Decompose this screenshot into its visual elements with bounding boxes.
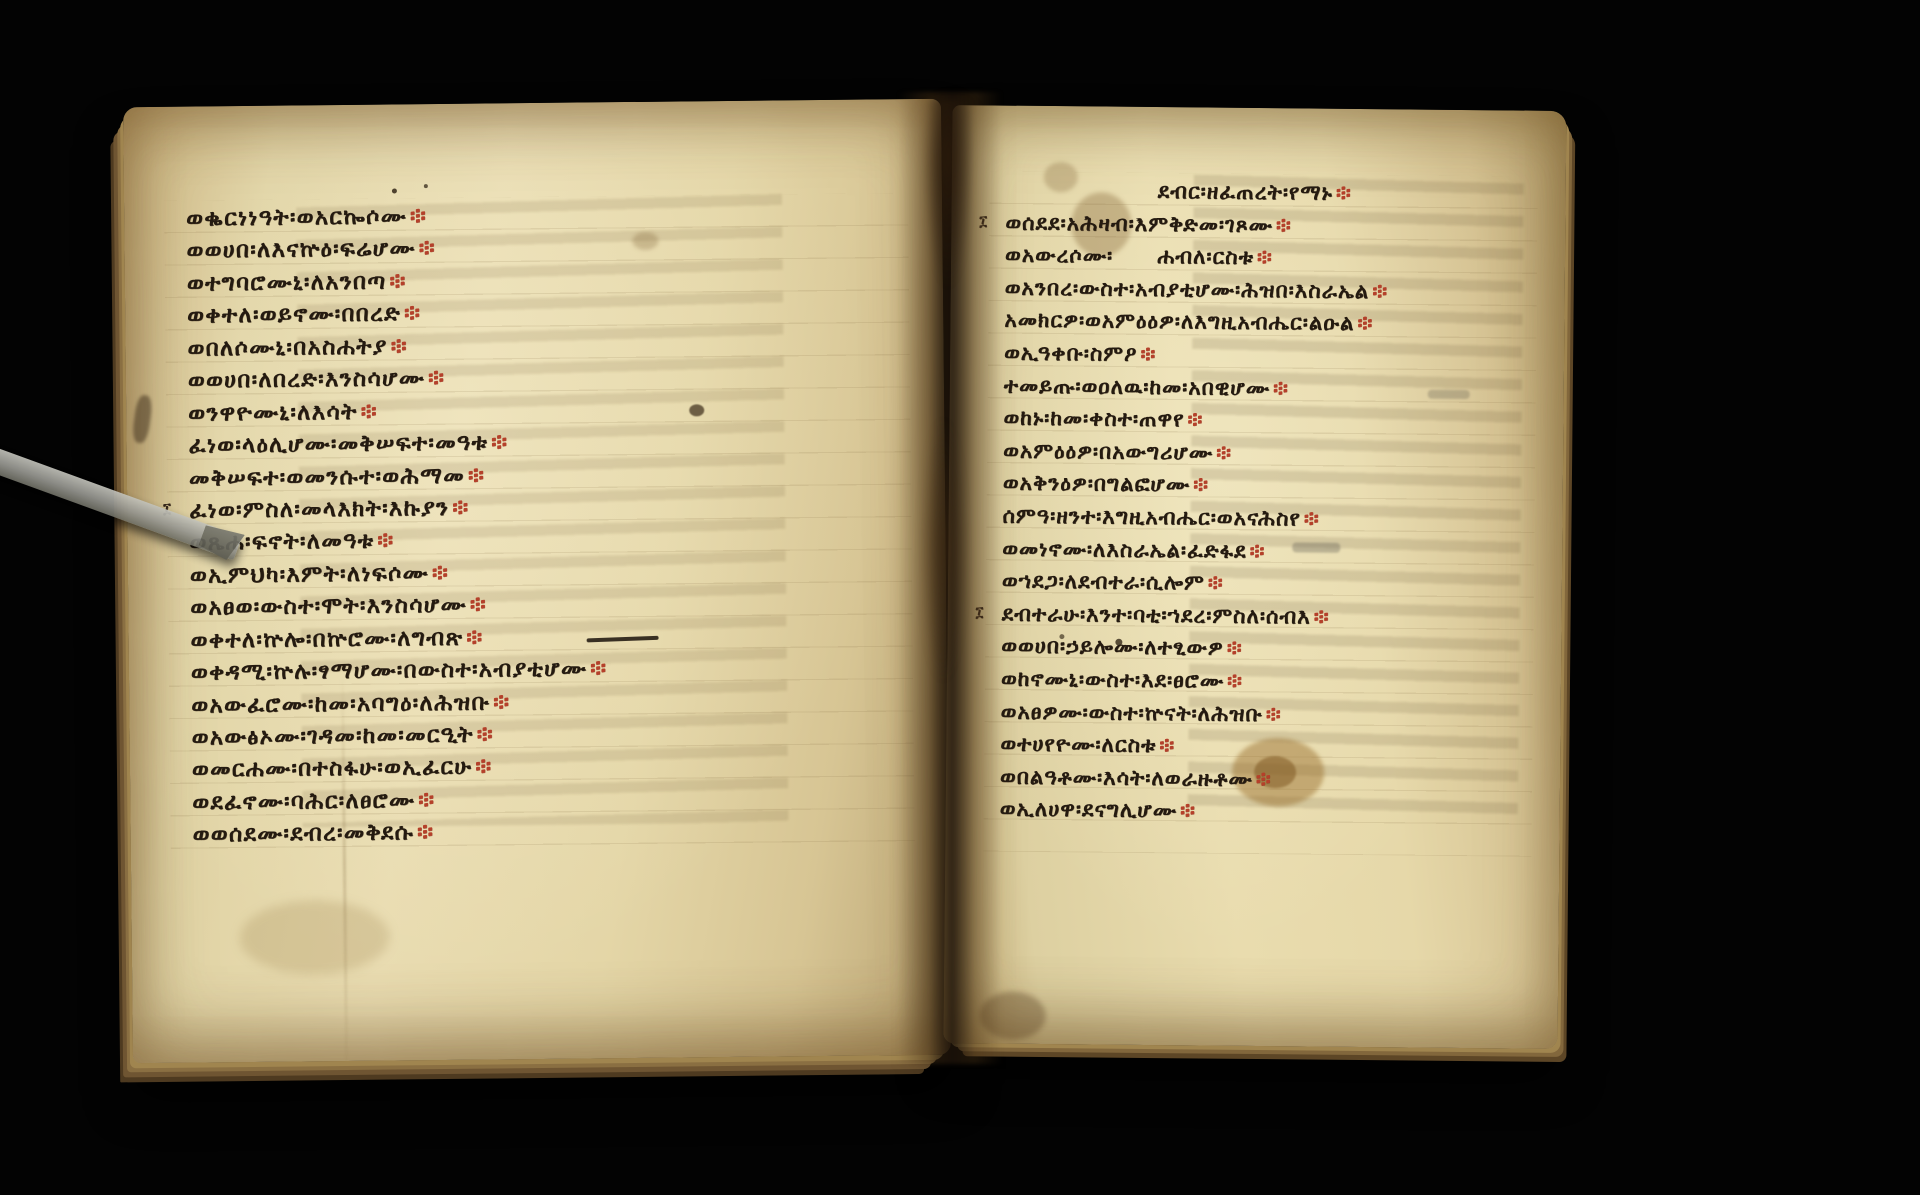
stain (239, 900, 390, 976)
geez-line-text: ወአውረሶሙ፡ ሐብለ፡ርስቱ (1005, 243, 1254, 269)
geez-line-text: ወሰደደ፡አሕዛብ፡እምቅድመ፡ገጾሙ (1005, 210, 1273, 237)
left-page: ወቈርነነዓት፡ወአርኰሶሙ፨ወወሀበ፡ለእናኵዕ፡ፍሬሆሙ፨ወተግባሮሙኒ፡ለ… (123, 99, 951, 1064)
section-mark-punctuation: ፨ (452, 495, 469, 521)
section-mark-punctuation: ፨ (1187, 408, 1203, 432)
geez-line-text: ወወሀበ፡ኃይሎሙ፡ለተፂውዎ (1001, 634, 1224, 660)
geez-line-text: ወንዋዮሙኒ፡ለእሳት (188, 398, 358, 426)
speck (392, 188, 397, 193)
text-line: ወአንበረ፡ውስተ፡አብያቲሆሙ፡ሕዝበ፡እስራኤል፨ (1005, 275, 1553, 313)
geez-line-text: ወተሀየዮሙ፡ለርስቱ (1000, 732, 1156, 757)
section-mark-punctuation: ፨ (428, 365, 445, 391)
text-line: ወኀደጋ፡ለደብተራ፡ሲሎም፨ (1002, 569, 1550, 607)
text-line: ወመነኖሙ፡ለእስራኤል፡ፈድፋደ፨ (1002, 536, 1550, 574)
text-line: ወአውረሶሙ፡ ሐብለ፡ርስቱ፨ (1005, 243, 1553, 281)
section-mark-punctuation: ፨ (475, 754, 492, 780)
geez-line-text: ወኢምህካ፡እምት፡ለነፍሶሙ (190, 560, 429, 589)
section-mark-punctuation: ፨ (418, 787, 435, 813)
gutter-shadow (920, 420, 966, 680)
geez-line-text: ወመነኖሙ፡ለእስራኤል፡ፈድፋደ (1002, 536, 1247, 562)
text-line: ፲ደብተራሁ፡እንተ፡ባቲ፡ኀደረ፡ምስለ፡ሰብእ፨ (1001, 601, 1549, 639)
text-line: ወአፀዎሙ፡ውስተ፡ኵናት፡ለሕዝቡ፨ (1001, 699, 1549, 737)
geez-line-text: አመክርዎ፡ወአምዕዕዎ፡ለእግዚአብሔር፡ልዑል (1004, 308, 1354, 335)
section-mark-punctuation: ፨ (1266, 702, 1282, 726)
geez-line-text: ወቀተለ፡ኵሎ፡በኵሮሙ፡ለግብጽ (190, 624, 463, 653)
section-mark-punctuation: ፨ (491, 429, 508, 455)
text-line: ፲ወሰደደ፡አሕዛብ፡እምቅድመ፡ገጾሙ፨ (1005, 210, 1553, 248)
text-line: ወአቅንዕዎ፡በግልፎሆሙ፨ (1003, 471, 1551, 509)
photo-stage: ወቈርነነዓት፡ወአርኰሶሙ፨ወወሀበ፡ለእናኵዕ፡ፍሬሆሙ፨ወተግባሮሙኒ፡ለ… (0, 0, 1920, 1195)
section-mark-punctuation: ፨ (419, 235, 436, 261)
geez-line-text: ወአፀዎሙ፡ውስተ፡ኵናት፡ለሕዝቡ (1001, 699, 1263, 726)
geez-line-text: ወከኑ፡ከመ፡ቀስተ፡ጠዋየ (1003, 406, 1184, 432)
text-line: ወኢዓቀቡ፡ስምዖ፨ (1004, 341, 1552, 379)
section-mark-punctuation: ፨ (1159, 733, 1175, 757)
section-mark-punctuation: ፨ (1273, 376, 1289, 400)
geez-line-text: ፈነወ፡ምስለ፡መላእክት፡እኩያን (189, 495, 449, 524)
text-line: ወበልዓቶሙ፡እሳት፡ለወራዙቶሙ፨ (1000, 764, 1548, 802)
geez-line-text: መቅሠፍተ፡ወመንሱተ፡ወሕማመ (189, 462, 465, 491)
geez-line-text: ወወሰደሙ፡ደብረ፡መቅደሱ (193, 820, 415, 848)
text-line: ወተሀየዮሙ፡ለርስቱ፨ (1000, 732, 1548, 770)
text-line: ደብር፡ዘፈጠረት፡የማኑ፨ (1006, 178, 1554, 216)
text-line: ወወሀበ፡ኃይሎሙ፡ለተፂውዎ፨ (1001, 634, 1549, 672)
right-text-block: ደብር፡ዘፈጠረት፡የማኑ፨፲ወሰደደ፡አሕዛብ፡እምቅድመ፡ገጾሙ፨ወአውረሶ… (1000, 178, 1554, 835)
geez-line-text: ወደፈኖሙ፡ባሕር፡ለፀሮሙ (192, 787, 415, 815)
section-mark-punctuation: ፨ (468, 462, 485, 488)
section-mark-punctuation: ፨ (466, 624, 483, 650)
geez-line-text: ወወሀበ፡ለእናኵዕ፡ፍሬሆሙ (186, 236, 415, 264)
geez-line-text: ወአውፈሮሙ፡ከመ፡አባግዕ፡ለሕዝቡ (191, 689, 490, 718)
section-mark-punctuation: ፨ (432, 560, 449, 586)
geez-line-text: ወመርሐሙ፡በተስፋሁ፡ወኢፈርሁ (192, 754, 473, 783)
section-mark-punctuation: ፨ (410, 203, 427, 229)
section-mark-punctuation: ፨ (1140, 342, 1156, 366)
section-mark-punctuation: ፨ (470, 592, 487, 618)
geez-line-text: ወቀተለ፡ወይኖሙ፡በበረድ (187, 301, 401, 329)
geez-line-text: ሰምዓ፡ዘንተ፡እግዚአብሔር፡ወአናሕስየ (1002, 504, 1300, 531)
section-mark-punctuation: ፨ (1216, 440, 1232, 464)
text-line: ወከኑ፡ከመ፡ቀስተ፡ጠዋየ፨ (1003, 406, 1551, 444)
text-line: ወወሰደሙ፡ደብረ፡መቅደሱ፨ (193, 814, 913, 854)
geez-line-text: ወአምዕዕዎ፡በአውግሪሆሙ (1003, 438, 1213, 464)
gutter-shadow (922, 100, 974, 290)
geez-line-text: ወአውፅኦሙ፡ገዳመ፡ከመ፡መርዒት (191, 722, 473, 751)
right-page: ደብር፡ዘፈጠረት፡የማኑ፨፲ወሰደደ፡አሕዛብ፡እምቅድመ፡ገጾሙ፨ወአውረሶ… (944, 105, 1567, 1049)
geez-line-text: ወተግባሮሙኒ፡ለአንበጣ (187, 268, 387, 296)
text-line: ወኢለሀዋ፡ደናግሊሆሙ፨ (1000, 797, 1548, 835)
geez-line-text: ደብር፡ዘፈጠረት፡የማኑ (1158, 179, 1333, 205)
section-mark-punctuation: ፨ (1257, 245, 1273, 269)
section-mark-punctuation: ፨ (493, 689, 510, 715)
geez-line-text: ወአፀወ፡ውስተ፡ሞት፡እንስሳሆሙ (190, 592, 467, 621)
geez-line-text: ወአቅንዕዎ፡በግልፎሆሙ (1003, 471, 1191, 497)
geez-line-text: ደብተራሁ፡እንተ፡ባቲ፡ኀደረ፡ምስለ፡ሰብእ (1002, 601, 1311, 628)
section-mark-punctuation: ፨ (1208, 571, 1224, 595)
text-line: ወከኖሙኒ፡ውስተ፡እደ፡ፀሮሙ፨ (1001, 666, 1549, 704)
speck (424, 184, 428, 188)
section-mark-punctuation: ፨ (1256, 767, 1272, 791)
section-mark-punctuation: ፨ (1314, 604, 1330, 628)
section-mark-punctuation: ፨ (590, 655, 607, 681)
geez-line-text: ወወሀበ፡ለበረድ፡እንስሳሆሙ (188, 365, 425, 393)
section-mark-punctuation: ፨ (1227, 669, 1243, 693)
geez-line-text: ወኢለሀዋ፡ደናግሊሆሙ (1000, 797, 1178, 823)
geez-line-text: ወኢዓቀቡ፡ስምዖ (1004, 341, 1138, 366)
section-mark-punctuation: ፨ (477, 721, 494, 747)
section-mark-punctuation: ፨ (1180, 799, 1196, 823)
geez-line-text: ወቈርነነዓት፡ወአርኰሶሙ (186, 203, 407, 231)
geez-line-text: ወበለሶሙኒ፡በአስሐትያ (187, 333, 387, 361)
geez-line-text: ወቀዳሚ፡ኵሉ፡ፃማሆሙ፡በውስተ፡አብያቲሆሙ (191, 656, 587, 686)
geez-line-text: ወበልዓቶሙ፡እሳት፡ለወራዙቶሙ (1000, 764, 1253, 790)
section-mark-punctuation: ፨ (1372, 279, 1388, 303)
text-line: አመክርዎ፡ወአምዕዕዎ፡ለእግዚአብሔር፡ልዑል፨ (1004, 308, 1552, 346)
section-mark-punctuation: ፨ (391, 333, 408, 359)
section-mark-punctuation: ፨ (389, 268, 406, 294)
section-mark-punctuation: ፨ (1336, 181, 1352, 205)
geez-line-text: ወከኖሙኒ፡ውስተ፡እደ፡ፀሮሙ (1001, 666, 1224, 692)
section-mark-punctuation: ፨ (1276, 213, 1292, 237)
margin-smudge (131, 394, 153, 444)
section-mark-punctuation: ፨ (1304, 506, 1320, 530)
section-mark-punctuation: ፨ (417, 819, 434, 845)
geez-line-text: ወኀደጋ፡ለደብተራ፡ሲሎም (1002, 569, 1205, 595)
section-mark-punctuation: ፨ (404, 301, 421, 327)
text-line: ሰምዓ፡ዘንተ፡እግዚአብሔር፡ወአናሕስየ፨ (1002, 504, 1550, 542)
geez-line-text: ወአንበረ፡ውስተ፡አብያቲሆሙ፡ሕዝበ፡እስራኤል (1005, 275, 1370, 302)
section-mark-punctuation: ፨ (361, 398, 378, 424)
text-line: ወአምዕዕዎ፡በአውግሪሆሙ፨ (1003, 438, 1551, 476)
section-mark-punctuation: ፨ (1357, 311, 1373, 335)
left-text-block: ወቈርነነዓት፡ወአርኰሶሙ፨ወወሀበ፡ለእናኵዕ፡ፍሬሆሙ፨ወተግባሮሙኒ፡ለ… (186, 198, 913, 854)
text-line: ተመይጡ፡ወዐለዉ፡ከመ፡አበዊሆሙ፨ (1004, 373, 1552, 411)
open-manuscript-book: ወቈርነነዓት፡ወአርኰሶሙ፨ወወሀበ፡ለእናኵዕ፡ፍሬሆሙ፨ወተግባሮሙኒ፡ለ… (0, 0, 1920, 1195)
section-mark-punctuation: ፨ (1193, 473, 1209, 497)
geez-line-text: ፈነወ፡ላዕሊሆሙ፡መቅሠፍተ፡መዓቱ (188, 430, 488, 459)
geez-line-text: ተመይጡ፡ወዐለዉ፡ከመ፡አበዊሆሙ (1004, 373, 1270, 400)
section-mark-punctuation: ፨ (1249, 538, 1265, 562)
section-mark-punctuation: ፨ (1227, 636, 1243, 660)
section-mark-punctuation: ፨ (377, 528, 394, 554)
